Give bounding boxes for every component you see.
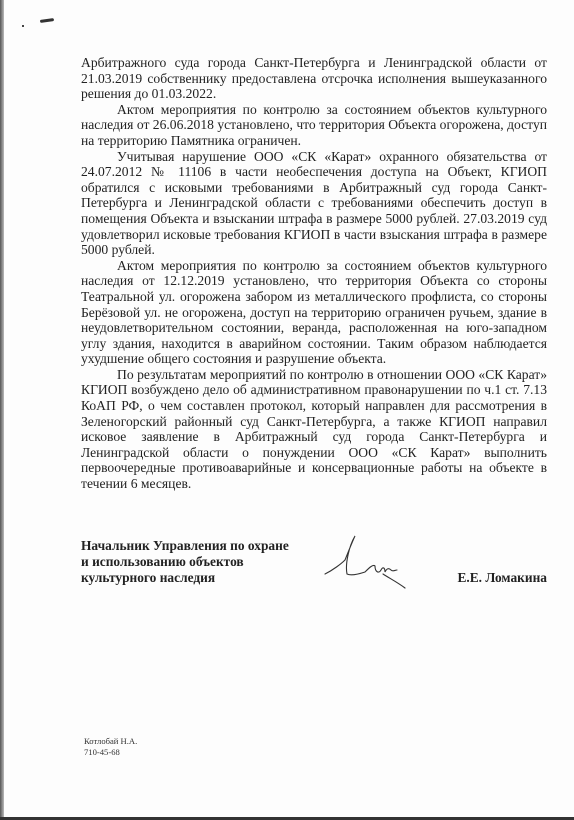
paragraph-4: Актом мероприятия по контролю за состоян… bbox=[81, 258, 547, 367]
executor-info: Котлобай Н.А. 710-45-68 bbox=[84, 736, 137, 758]
signatory-name: Е.Е. Ломакина bbox=[457, 570, 547, 586]
signatory-title-line-2: и использованию объектов bbox=[81, 554, 289, 570]
scan-mark bbox=[40, 18, 54, 23]
paragraph-2: Актом мероприятия по контролю за состоян… bbox=[81, 102, 547, 149]
executor-name: Котлобай Н.А. bbox=[84, 736, 137, 747]
paragraph-3: Учитывая нарушение ООО «СК «Карат» охран… bbox=[81, 149, 547, 258]
signatory-title-line-1: Начальник Управления по охране bbox=[81, 538, 289, 554]
paragraph-5: По результатам мероприятий по контролю в… bbox=[81, 367, 547, 492]
scan-dot bbox=[22, 25, 24, 27]
paragraph-1: Арбитражного суда города Санкт-Петербург… bbox=[81, 55, 547, 102]
document-page: Арбитражного суда города Санкт-Петербург… bbox=[0, 0, 574, 820]
executor-phone: 710-45-68 bbox=[84, 747, 137, 758]
scan-left-edge bbox=[0, 0, 4, 820]
document-body: Арбитражного суда города Санкт-Петербург… bbox=[81, 55, 547, 492]
handwritten-signature-icon bbox=[319, 530, 429, 592]
signatory-title: Начальник Управления по охране и использ… bbox=[81, 538, 289, 586]
signature-block: Начальник Управления по охране и использ… bbox=[81, 538, 547, 598]
signatory-title-line-3: культурного наследия bbox=[81, 570, 289, 586]
